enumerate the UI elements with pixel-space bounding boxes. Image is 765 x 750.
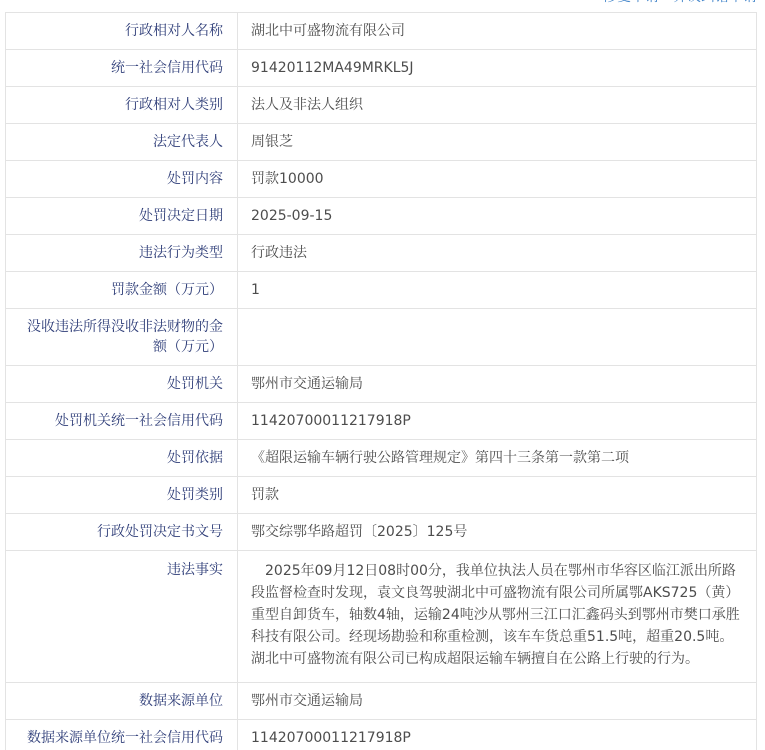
row-label: 法定代表人 [6,124,237,160]
row-label: 行政相对人名称 [6,13,237,49]
table-row: 行政相对人类别法人及非法人组织 [6,87,756,124]
row-label-text: 罚款金额（万元） [111,280,223,300]
row-label: 行政处罚决定书文号 [6,514,237,550]
row-value: 11420700011217918P [237,720,756,750]
row-label-text: 行政相对人名称 [125,21,223,41]
row-label-text: 处罚依据 [167,448,223,468]
table-row: 数据来源单位鄂州市交通运输局 [6,683,756,720]
row-label-text: 行政相对人类别 [125,95,223,115]
row-value: 2025年09月12日08时00分，我单位执法人员在鄂州市华容区临江派出所路段监… [237,551,756,682]
row-label: 违法事实 [6,551,237,682]
row-label: 违法行为类型 [6,235,237,271]
table-row: 没收违法所得没收非法财物的金额（万元） [6,309,756,366]
table-row: 行政处罚决定书文号鄂交综鄂华路超罚〔2025〕125号 [6,514,756,551]
row-value-text: 《超限运输车辆行驶公路管理规定》第四十三条第一款第二项 [251,448,629,468]
row-label: 罚款金额（万元） [6,272,237,308]
row-value: 行政违法 [237,235,756,271]
row-value: 91420112MA49MRKL5J [237,50,756,86]
row-value: 法人及非法人组织 [237,87,756,123]
row-value: 《超限运输车辆行驶公路管理规定》第四十三条第一款第二项 [237,440,756,476]
row-value: 鄂州市交通运输局 [237,366,756,402]
row-value: 2025-09-15 [237,198,756,234]
row-value-text: 鄂州市交通运输局 [251,374,363,394]
row-value: 11420700011217918P [237,403,756,439]
row-value: 1 [237,272,756,308]
penalty-detail-page: 修复申请 异议纠错申请 行政相对人名称湖北中可盛物流有限公司统一社会信用代码91… [0,0,765,750]
row-value-text: 周银芝 [251,132,293,152]
row-value-text: 罚款 [251,485,279,505]
header-links: 修复申请 异议纠错申请 [603,0,757,4]
table-row: 处罚依据《超限运输车辆行驶公路管理规定》第四十三条第一款第二项 [6,440,756,477]
row-label: 处罚内容 [6,161,237,197]
table-row: 统一社会信用代码91420112MA49MRKL5J [6,50,756,87]
row-value-text: 91420112MA49MRKL5J [251,58,414,78]
repair-request-link[interactable]: 修复申请 [603,0,659,4]
row-value: 罚款 [237,477,756,513]
row-value-text: 1 [251,280,260,300]
table-row: 处罚类别罚款 [6,477,756,514]
row-label-text: 处罚机关统一社会信用代码 [55,411,223,431]
table-row: 罚款金额（万元）1 [6,272,756,309]
row-label-text: 数据来源单位统一社会信用代码 [27,728,223,748]
row-label: 处罚类别 [6,477,237,513]
row-value-text: 法人及非法人组织 [251,95,363,115]
row-label: 数据来源单位统一社会信用代码 [6,720,237,750]
row-label-text: 数据来源单位 [139,691,223,711]
row-label-text: 处罚内容 [167,169,223,189]
row-value: 罚款10000 [237,161,756,197]
table-row: 处罚机关统一社会信用代码11420700011217918P [6,403,756,440]
row-label-text: 违法行为类型 [139,243,223,263]
row-value [237,309,756,365]
row-value-text: 鄂交综鄂华路超罚〔2025〕125号 [251,522,467,542]
row-label: 处罚机关 [6,366,237,402]
row-label-text: 违法事实 [167,560,223,580]
objection-correction-link[interactable]: 异议纠错申请 [673,0,757,4]
row-value: 湖北中可盛物流有限公司 [237,13,756,49]
row-label: 处罚机关统一社会信用代码 [6,403,237,439]
row-label-text: 统一社会信用代码 [111,58,223,78]
row-label: 行政相对人类别 [6,87,237,123]
row-label-text: 处罚类别 [167,485,223,505]
row-label-text: 法定代表人 [153,132,223,152]
row-value-text: 湖北中可盛物流有限公司 [251,21,405,41]
row-label-text: 没收违法所得没收非法财物的金额（万元） [16,317,223,357]
row-label: 统一社会信用代码 [6,50,237,86]
table-row: 处罚内容罚款10000 [6,161,756,198]
table-row: 违法事实2025年09月12日08时00分，我单位执法人员在鄂州市华容区临江派出… [6,551,756,683]
table-row: 数据来源单位统一社会信用代码11420700011217918P [6,720,756,750]
row-label-text: 处罚机关 [167,374,223,394]
row-value: 周银芝 [237,124,756,160]
row-label-text: 行政处罚决定书文号 [97,522,223,542]
row-label: 数据来源单位 [6,683,237,719]
row-label-text: 处罚决定日期 [139,206,223,226]
row-label: 处罚依据 [6,440,237,476]
row-value: 鄂州市交通运输局 [237,683,756,719]
row-value-text: 罚款10000 [251,169,324,189]
row-value-text: 11420700011217918P [251,411,411,431]
table-row: 违法行为类型行政违法 [6,235,756,272]
penalty-info-table: 行政相对人名称湖北中可盛物流有限公司统一社会信用代码91420112MA49MR… [5,12,757,750]
table-row: 行政相对人名称湖北中可盛物流有限公司 [6,13,756,50]
row-value-text: 2025年09月12日08时00分，我单位执法人员在鄂州市华容区临江派出所路段监… [251,560,742,670]
row-label: 处罚决定日期 [6,198,237,234]
row-value: 鄂交综鄂华路超罚〔2025〕125号 [237,514,756,550]
row-value-text: 行政违法 [251,243,307,263]
table-row: 法定代表人周银芝 [6,124,756,161]
row-value-text: 2025-09-15 [251,206,332,226]
row-value-text: 11420700011217918P [251,728,411,748]
row-value-text: 鄂州市交通运输局 [251,691,363,711]
row-label: 没收违法所得没收非法财物的金额（万元） [6,309,237,365]
table-row: 处罚决定日期2025-09-15 [6,198,756,235]
table-row: 处罚机关鄂州市交通运输局 [6,366,756,403]
